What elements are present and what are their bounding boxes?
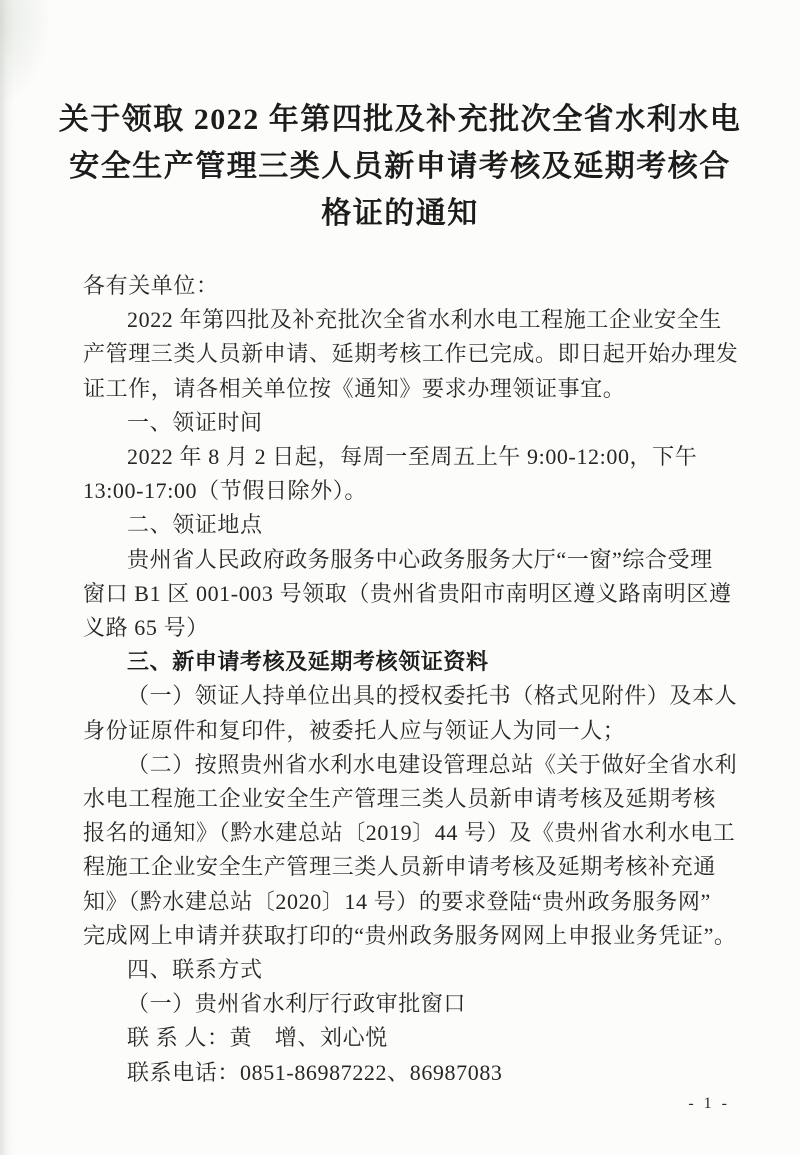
body-line: 2022 年 8 月 2 日起，每周一至周五上午 9:00-12:00，下午	[83, 440, 739, 474]
document-title-line: 关于领取 2022 年第四批及补充批次全省水利水电	[40, 96, 760, 143]
body-line: 报名的通知》（黔水建总站〔2019〕44 号）及《贵州省水利水电工	[83, 816, 739, 850]
body-line: 程施工企业安全生产管理三类人员新申请考核及延期考核补充通	[83, 850, 739, 884]
body-line: （二）按照贵州省水利水电建设管理总站《关于做好全省水利	[83, 748, 739, 782]
body-line: 完成网上申请并获取打印的“贵州政务服务网网上申报业务凭证”。	[83, 919, 739, 953]
document-title: 关于领取 2022 年第四批及补充批次全省水利水电 安全生产管理三类人员新申请考…	[40, 96, 760, 237]
body-line: 贵州省人民政府政务服务中心政务服务大厅“一窗”综合受理	[83, 543, 739, 577]
body-line: 三、新申请考核及延期考核领证资料	[83, 645, 739, 679]
body-line: 联 系 人：黄 增、刘心悦	[83, 1021, 739, 1055]
body-line: 一、领证时间	[83, 406, 739, 440]
document-title-line: 格证的通知	[40, 190, 760, 237]
body-line: 身份证原件和复印件，被委托人应与领证人为同一人；	[83, 714, 739, 748]
body-line: 各有关单位：	[83, 269, 739, 303]
body-line: （一）领证人持单位出具的授权委托书（格式见附件）及本人	[83, 679, 739, 713]
body-line: 证工作，请各相关单位按《通知》要求办理领证事宜。	[83, 372, 739, 406]
document-title-line: 安全生产管理三类人员新申请考核及延期考核合	[40, 143, 760, 190]
body-line: 四、联系方式	[83, 953, 739, 987]
body-line: 知》（黔水建总站〔2020〕14 号）的要求登陆“贵州政务服务网”	[83, 885, 739, 919]
body-line: 二、领证地点	[83, 508, 739, 542]
body-line: 13:00-17:00（节假日除外）。	[83, 474, 739, 508]
body-line: （一）贵州省水利厅行政审批窗口	[83, 987, 739, 1021]
body-line: 2022 年第四批及补充批次全省水利水电工程施工企业安全生	[83, 303, 739, 337]
notice-page: 关于领取 2022 年第四批及补充批次全省水利水电 安全生产管理三类人员新申请考…	[0, 0, 800, 1155]
body-line: 水电工程施工企业安全生产管理三类人员新申请考核及延期考核	[83, 782, 739, 816]
document-body: 各有关单位：2022 年第四批及补充批次全省水利水电工程施工企业安全生产管理三类…	[83, 269, 739, 1090]
scan-corner-artifact	[0, 0, 52, 108]
body-line: 联系电话：0851-86987222、86987083	[83, 1056, 739, 1090]
page-number: - 1 -	[688, 1095, 730, 1113]
body-line: 义路 65 号）	[83, 611, 739, 645]
body-line: 窗口 B1 区 001-003 号领取（贵州省贵阳市南明区遵义路南明区遵	[83, 577, 739, 611]
body-line: 产管理三类人员新申请、延期考核工作已完成。即日起开始办理发	[83, 337, 739, 371]
scan-edge-artifact	[0, 0, 14, 1155]
